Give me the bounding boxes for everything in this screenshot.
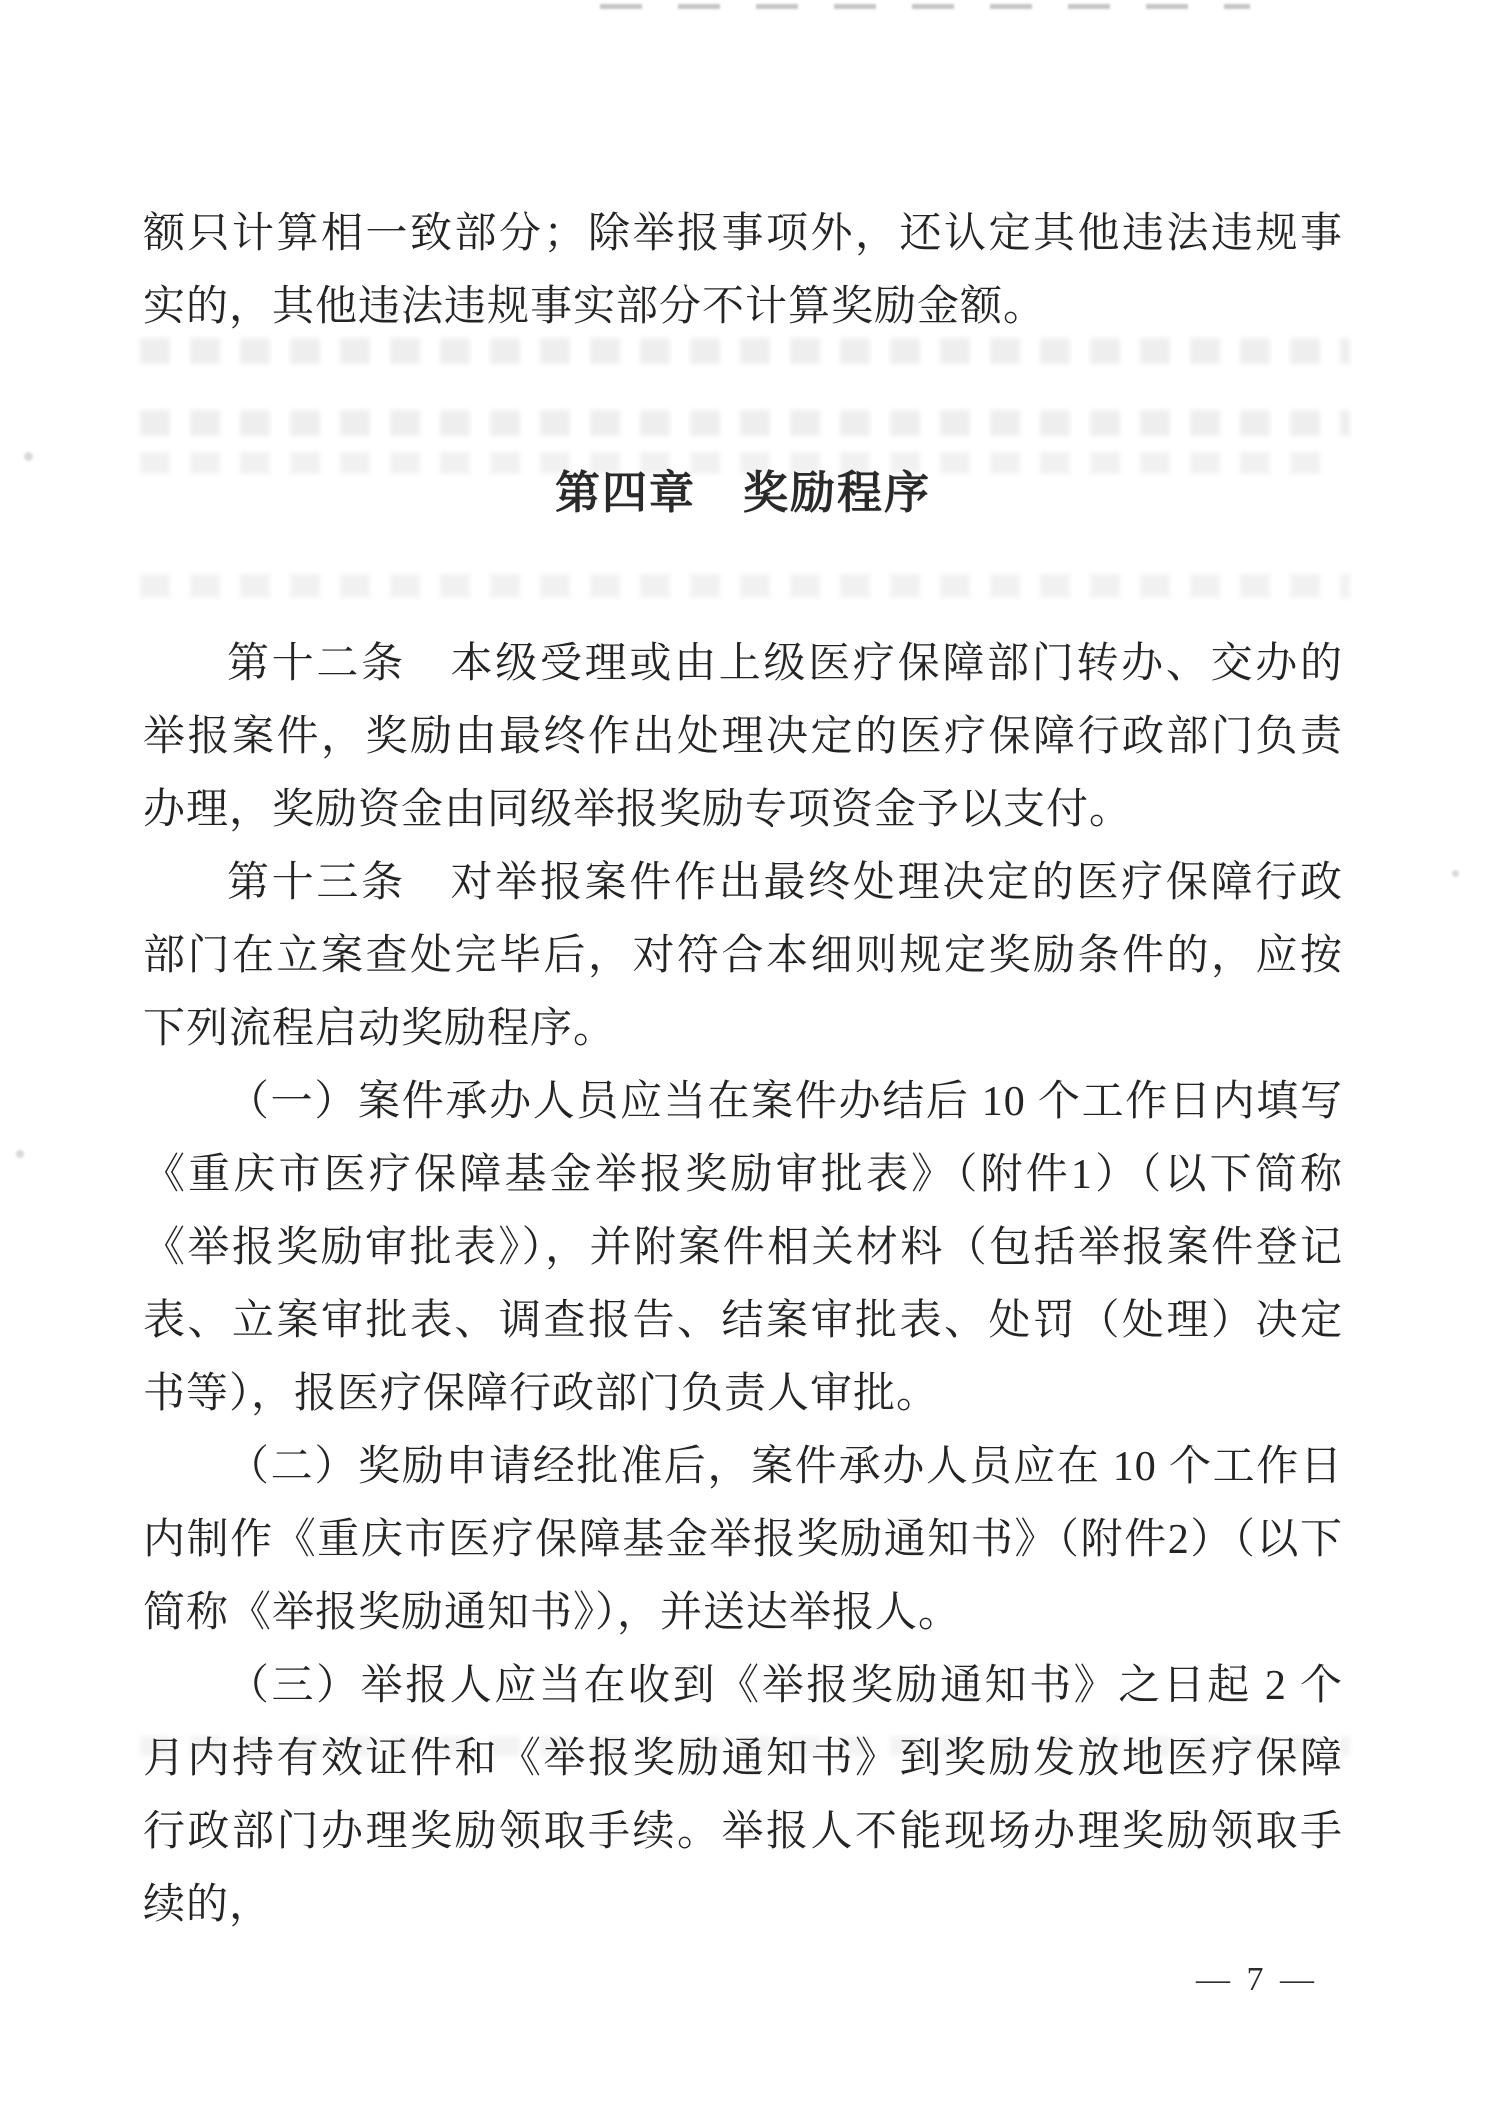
document-body: 额只计算相一致部分；除举报事项外，还认定其他违法违规事实的，其他违法违规事实部分… [143,198,1343,1942]
paragraph-item-2: （二）奖励申请经批准后，案件承办人员应在 10 个工作日内制作《重庆市医疗保障基… [143,1431,1343,1650]
scan-speck [24,452,33,461]
paragraph-item-1: （一）案件承办人员应当在案件办结后 10 个工作日内填写《重庆市医疗保障基金举报… [143,1066,1343,1431]
paragraph-continuation: 额只计算相一致部分；除举报事项外，还认定其他违法违规事实的，其他违法违规事实部分… [143,198,1343,344]
paragraph-article-12: 第十二条 本级受理或由上级医疗保障部门转办、交办的举报案件，奖励由最终作出处理决… [143,628,1343,847]
chapter-heading: 第四章 奖励程序 [143,462,1343,524]
paragraph-item-3: （三）举报人应当在收到《举报奖励通知书》之日起 2 个月内持有效证件和《举报奖励… [143,1650,1343,1942]
scan-speck [1452,870,1459,877]
document-page: 额只计算相一致部分；除举报事项外，还认定其他违法违规事实的，其他违法违规事实部分… [0,0,1488,2104]
paragraph-article-13: 第十三条 对举报案件作出最终处理决定的医疗保障行政部门在立案查处完毕后，对符合本… [143,847,1343,1066]
page-number: — 7 — [1196,1960,1318,2000]
scan-edge-artifact [600,4,1250,9]
scan-speck [16,1150,24,1158]
